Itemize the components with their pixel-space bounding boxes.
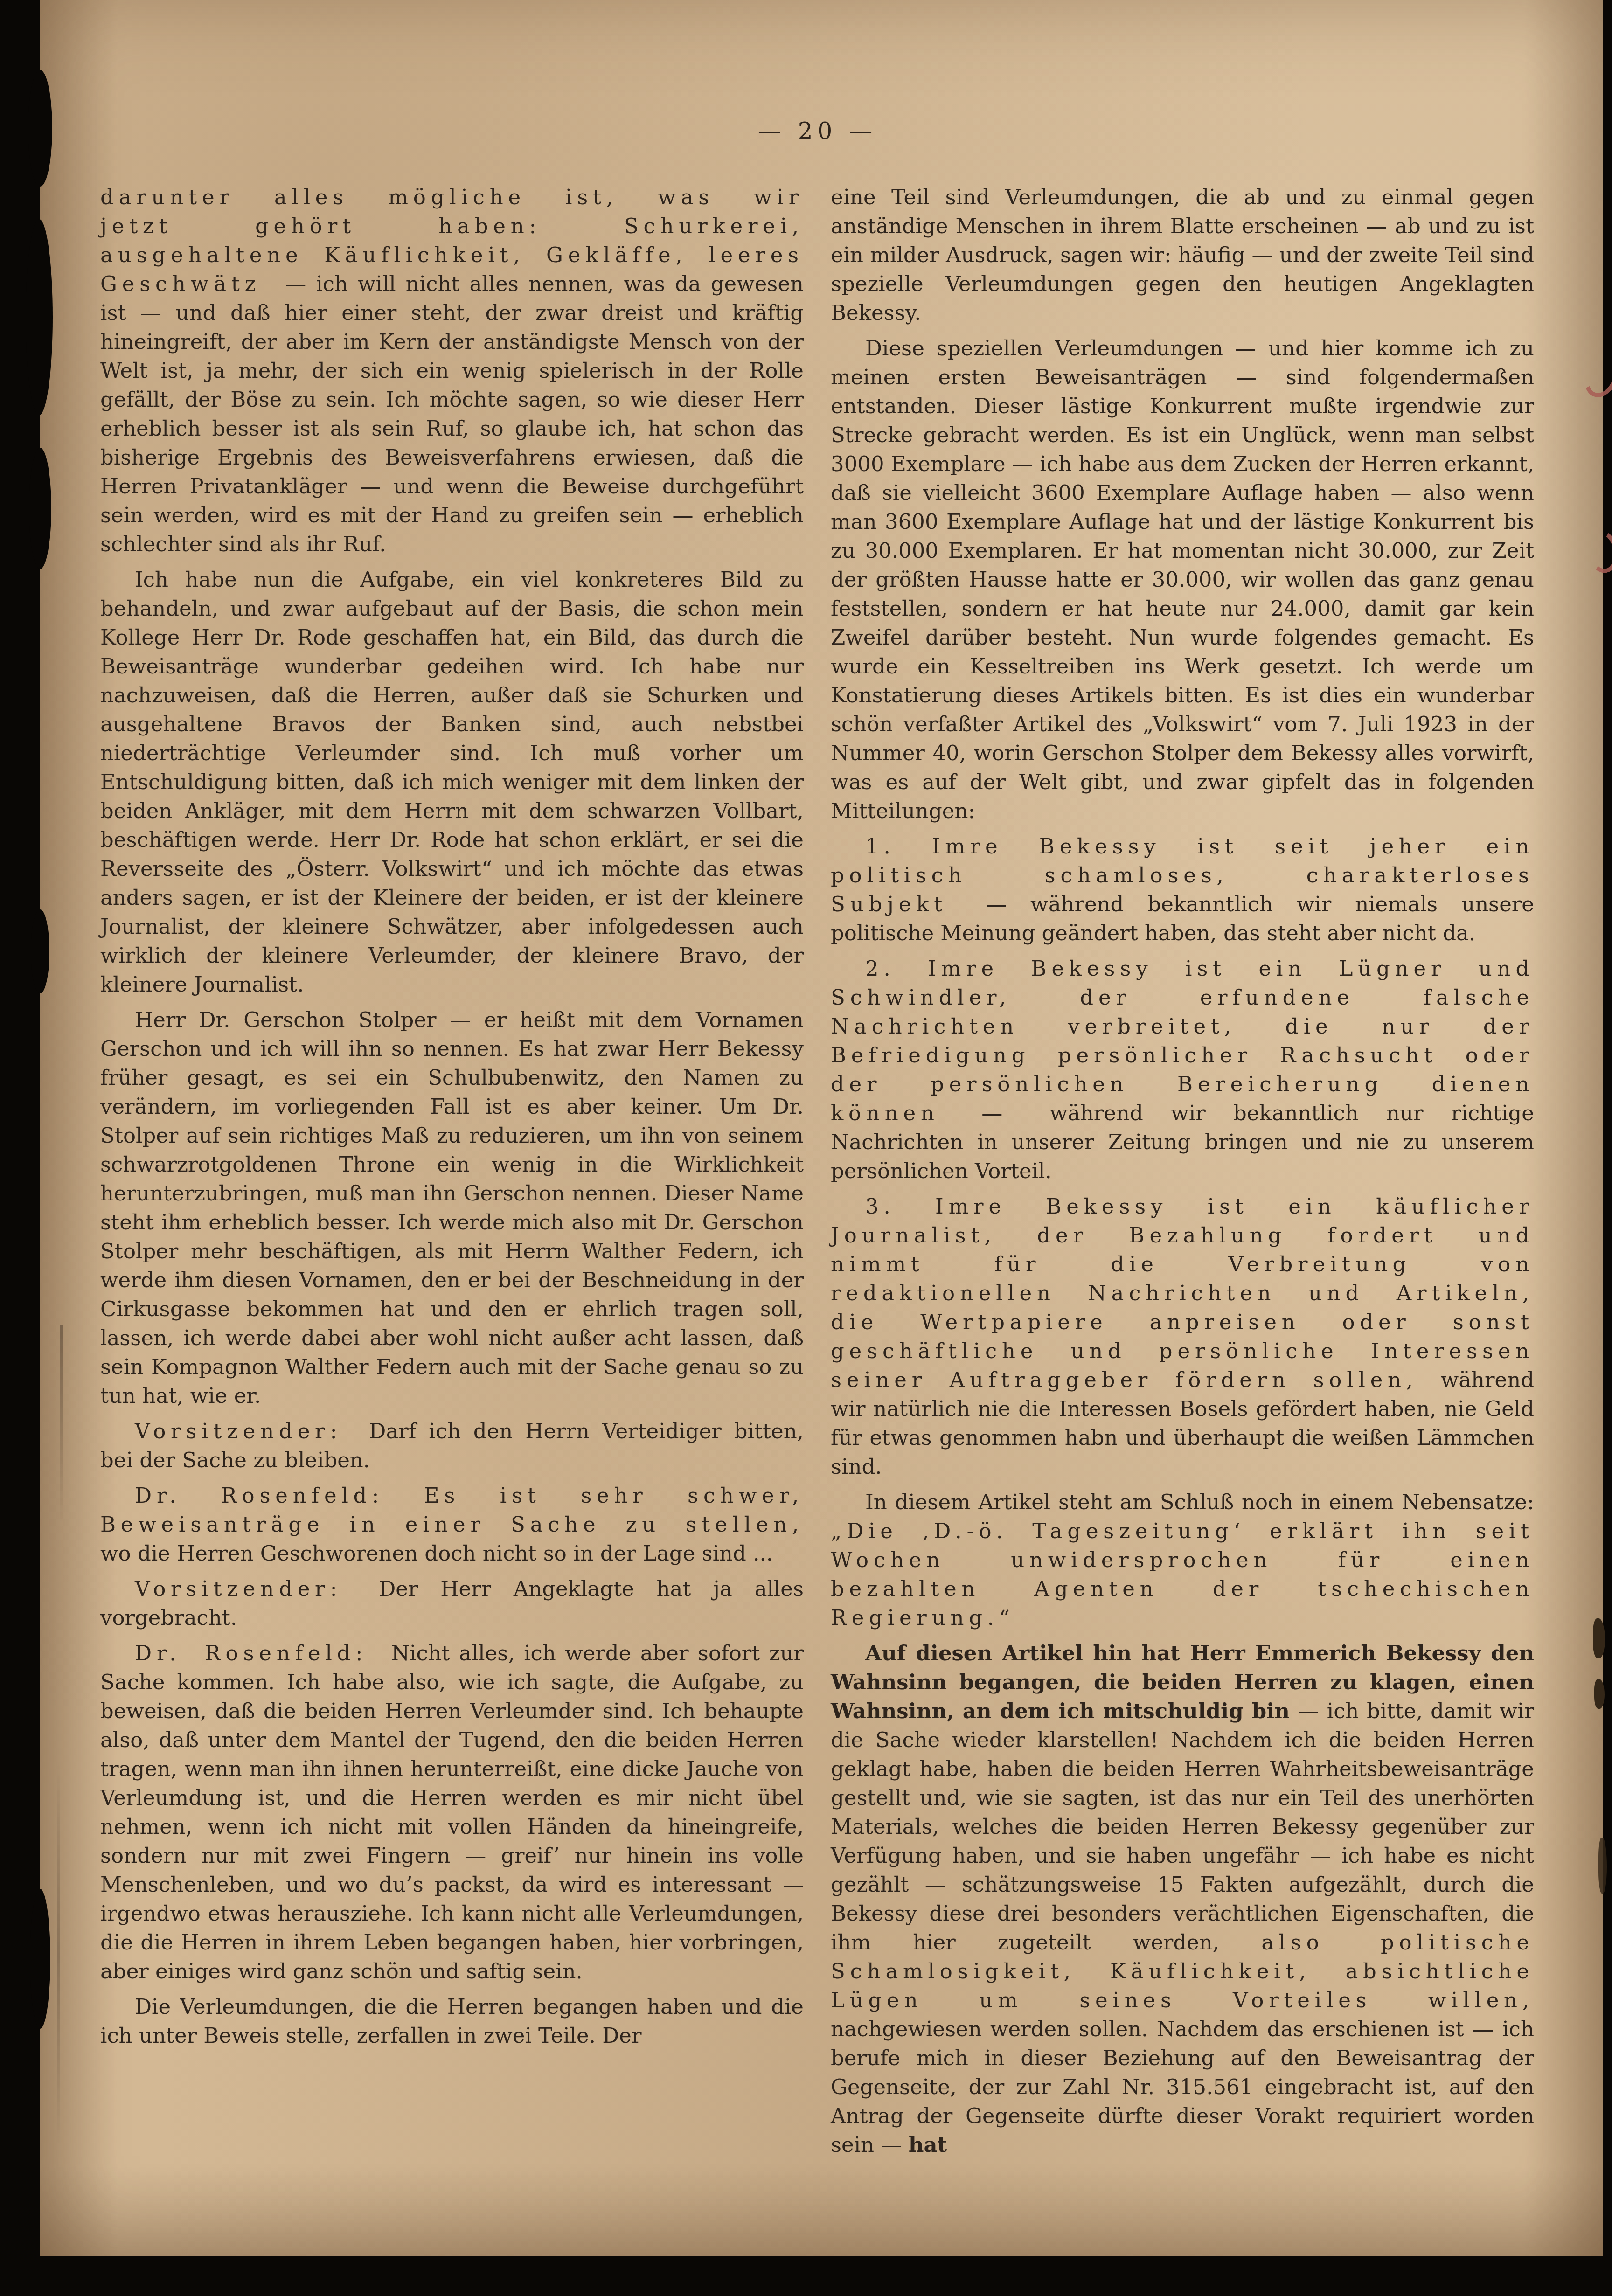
- paragraph: Vorsitzender: Darf ich den Herrn Verteid…: [100, 1417, 804, 1475]
- text-span: — ich bitte, damit wir die Sache wieder …: [831, 1699, 1534, 1955]
- text-span: hat: [909, 2132, 947, 2157]
- text-span: Ich habe nun die Aufgabe, ein viel konkr…: [100, 567, 804, 997]
- paragraph: 3. Imre Bekessy ist ein käuflicher Journ…: [831, 1192, 1534, 1481]
- scan-artifact-ink-mark: [1594, 1679, 1605, 1709]
- paragraph: eine Teil sind Verleumdungen, die ab und…: [831, 183, 1534, 327]
- paragraph: Herr Dr. Gerschon Stolper — er heißt mit…: [100, 1006, 804, 1410]
- scan-artifact-ink-mark: [1593, 1618, 1605, 1658]
- scan-artifact-crease: [57, 1763, 60, 2145]
- paragraph: Die Verleumdungen, die die Herren begang…: [100, 1992, 804, 2050]
- left-column: darunter alles mögliche ist, was wir jet…: [100, 183, 804, 2166]
- scan-artifact-torn-edge: [31, 909, 49, 993]
- paragraph: 2. Imre Bekessy ist ein Lügner und Schwi…: [831, 954, 1534, 1186]
- text-span: wo die Herren Geschworenen doch nicht so…: [100, 1541, 773, 1566]
- text-span: „Die ‚D.-ö. Tageszeitung‘ erklärt ihn se…: [831, 1519, 1534, 1630]
- paragraph: Dr. Rosenfeld: Nicht alles, ich werde ab…: [100, 1639, 804, 1986]
- page-number: — 20 —: [100, 118, 1535, 145]
- text-span: In diesem Artikel steht am Schluß noch i…: [865, 1490, 1534, 1514]
- paragraph: Vorsitzender: Der Herr Angeklagte hat ja…: [100, 1575, 804, 1632]
- paragraph: Dr. Rosenfeld: Es ist sehr schwer, Bewei…: [100, 1481, 804, 1568]
- right-column: eine Teil sind Verleumdungen, die ab und…: [831, 183, 1534, 2166]
- paragraph: 1. Imre Bekessy ist seit jeher ein polit…: [831, 832, 1534, 948]
- paragraph: Ich habe nun die Aufgabe, ein viel konkr…: [100, 565, 804, 999]
- scan-artifact-torn-edge: [29, 448, 51, 569]
- text-span: 3. Imre Bekessy ist ein käuflicher Journ…: [831, 1194, 1534, 1392]
- scan-artifact-torn-edge: [30, 1889, 50, 2029]
- scan-artifact-torn-edge: [28, 70, 52, 187]
- text-span: Nicht alles, ich werde aber sofort zur S…: [100, 1641, 804, 1984]
- text-span: 2. Imre Bekessy ist ein Lügner und Schwi…: [831, 956, 1534, 1125]
- scan-artifact-torn-edge: [26, 219, 53, 415]
- paragraph: Auf diesen Artikel hin hat Herr Emmerich…: [831, 1639, 1534, 2159]
- scan-artifact-crease: [60, 1325, 63, 1525]
- text-span: eine Teil sind Verleumdungen, die ab und…: [831, 185, 1534, 325]
- page-content: — 20 — darunter alles mögliche ist, was …: [100, 0, 1535, 2166]
- text-span: Vorsitzender:: [135, 1419, 369, 1443]
- paragraph: Diese speziellen Verleumdungen — und hie…: [831, 334, 1534, 825]
- scan-artifact-ink-mark: [1598, 1838, 1607, 1894]
- text-span: Diese speziellen Verleumdungen — und hie…: [831, 336, 1534, 823]
- text-span: Die Verleumdungen, die die Herren begang…: [100, 1994, 804, 2048]
- paragraph: darunter alles mögliche ist, was wir jet…: [100, 183, 804, 559]
- text-span: — ich will nicht alles nennen, was da ge…: [100, 271, 804, 556]
- scanned-document: { "colors": { "background": "#090705", "…: [0, 0, 1612, 2296]
- text-span: Dr. Rosenfeld: Es ist sehr schwer, Bewei…: [100, 1483, 804, 1537]
- text-span: Dr. Rosenfeld:: [135, 1641, 391, 1665]
- text-span: Herr Dr. Gerschon Stolper — er heißt mit…: [100, 1007, 804, 1408]
- page-scan: — 20 — darunter alles mögliche ist, was …: [40, 0, 1603, 2256]
- text-columns: darunter alles mögliche ist, was wir jet…: [100, 183, 1535, 2166]
- paragraph: In diesem Artikel steht am Schluß noch i…: [831, 1488, 1534, 1632]
- text-span: Vorsitzender:: [135, 1576, 379, 1601]
